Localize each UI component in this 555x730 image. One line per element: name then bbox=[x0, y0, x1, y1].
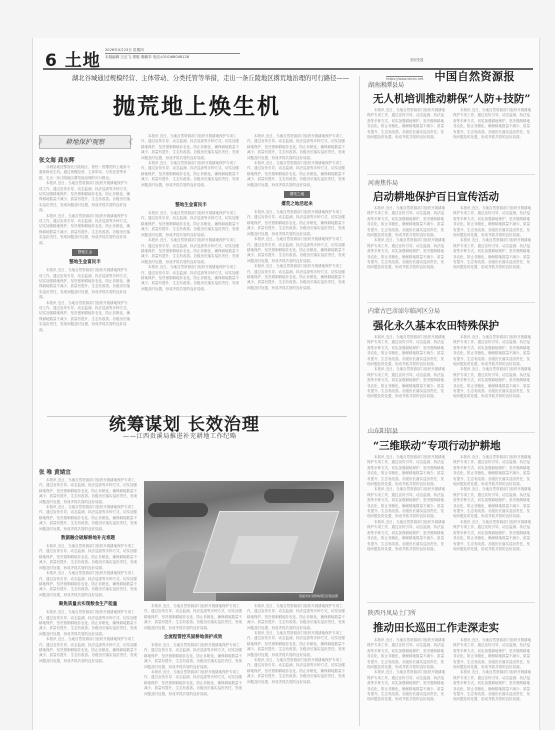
masthead: 6 土地 2026年4月23日 星期四 本版编辑 万正飞 排版 秦鹏莘 电话:(… bbox=[43, 46, 533, 66]
byline: 张文海 龚东辉 bbox=[39, 156, 75, 164]
subhead: 数据融合破解耕地补充难题 bbox=[39, 535, 137, 541]
masthead-right: 发现发展 https://www.iziran.net 中国自然资源报 bbox=[386, 46, 515, 84]
subhead: 全流程管控巩固耕地保护成效 bbox=[144, 634, 242, 640]
editors-line: 本版编辑 万正飞 排版 秦鹏莘 电话:(010)68048128 bbox=[105, 54, 240, 60]
section-label: 发现发展 bbox=[410, 58, 424, 63]
subhead-tag: 撂荒之地 bbox=[284, 191, 310, 198]
second-col-3: 本报讯 近日，当地自然资源部门组织开展耕地保护专项工作，通过宣传引导、动态监测、… bbox=[247, 604, 345, 728]
news-title-1: 无人机培训推动耕保“人防+技防” bbox=[373, 91, 530, 106]
date-line: 2026年4月23日 星期四 bbox=[105, 47, 240, 54]
second-col-2: 本报讯 近日，当地自然资源部门组织开展耕地保护专项工作，通过宣传引导、动态监测、… bbox=[144, 604, 242, 728]
paper-name: 中国自然资源报 bbox=[435, 68, 516, 84]
subhead: 撂荒之地活起来 bbox=[247, 201, 347, 207]
news-title-4: “三维联动”专项行动护耕地 bbox=[373, 438, 501, 453]
subhead: 整地生金富民丰 bbox=[39, 259, 131, 265]
newspaper-page: 6 土地 2026年4月23日 星期四 本版编辑 万正飞 排版 秦鹏莘 电话:(… bbox=[32, 38, 540, 730]
news-region-5: 陕西丹凤局土门所 bbox=[368, 608, 416, 617]
masthead-rule bbox=[43, 68, 533, 70]
aerial-farmland-photo: 贵溪市补充耕地项目区航拍图 bbox=[144, 481, 344, 601]
masthead-meta: 2026年4月23日 星期四 本版编辑 万正飞 排版 秦鹏莘 电话:(010)6… bbox=[105, 47, 240, 60]
news-title-3: 强化永久基本农田特殊保护 bbox=[373, 318, 499, 333]
second-col-1: 本报讯 近日，当地自然资源部门组织开展耕地保护专项工作，通过宣传引导、动态监测、… bbox=[39, 478, 137, 728]
news-title-5: 推动田长巡田工作走深走实 bbox=[373, 620, 499, 635]
column-banner: 耕地保护观察 bbox=[39, 135, 131, 149]
main-col-1: 谷城县地处鄂西北丘陵地区，曾经一度撂荒的土地如今重新焕发生机。通过规模经营、主体… bbox=[39, 165, 131, 410]
main-col-3: 本报讯 近日，当地自然资源部门组织开展耕地保护专项工作，通过宣传引导、动态监测、… bbox=[247, 134, 347, 410]
news-region-4: 山东阳信县 bbox=[368, 426, 398, 435]
second-subtitle: ——江西贵溪局推进补充耕地工作纪略 bbox=[123, 431, 237, 440]
news-region-1: 湖南湘潭县局 bbox=[368, 80, 404, 89]
subhead-tag: 整地生金 bbox=[72, 249, 98, 256]
photo-caption: 贵溪市补充耕地项目区航拍图 bbox=[299, 594, 338, 598]
news-title-2: 启动耕地保护百日宣传活动 bbox=[373, 189, 499, 204]
article-lead: 湖北谷城通过规模经营、主体带动、分类托管等举措，走出一条丘陵地区撂荒地治理的可行… bbox=[57, 74, 357, 83]
news-region-2: 河南焦作局 bbox=[368, 178, 398, 187]
subhead: 聚焦质量去实现粮食生产能量 bbox=[39, 601, 137, 607]
news-region-3: 内蒙古巴彦淖尔临河区分局 bbox=[368, 306, 440, 315]
column-divider bbox=[359, 76, 360, 726]
subhead: 整地生金富民丰 bbox=[141, 202, 241, 208]
byline-2: 张 唯 黄婧宜 bbox=[39, 468, 71, 476]
main-col-2: 本报讯 近日，当地自然资源部门组织开展耕地保护专项工作，通过宣传引导、动态监测、… bbox=[141, 134, 241, 410]
main-headline: 抛荒地上焕生机 bbox=[113, 90, 281, 121]
